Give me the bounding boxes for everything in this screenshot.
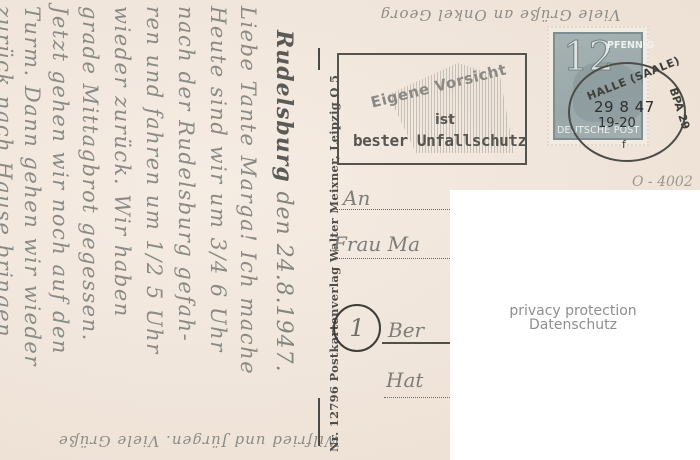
address-line-2: Frau Ma	[333, 232, 420, 256]
address-rule	[382, 342, 450, 344]
message-line: nach der Rudelsburg gefah-	[174, 6, 198, 342]
postcode-note: O - 4002	[632, 174, 693, 190]
postal-zone-circle: 1	[333, 304, 381, 352]
message-line: Turm. Dann gehen wir wieder	[20, 6, 44, 367]
sender-place: Rudelsburg	[271, 30, 297, 183]
postal-zone: 1	[349, 314, 364, 342]
message-line: ren und fahren um 1/2 5 Uhr	[142, 6, 166, 355]
message-top-margin: Viele Grüße an Onkel Georg	[300, 4, 700, 24]
stamp-currency: PFENNIG	[607, 40, 654, 51]
privacy-label-en: privacy protection	[450, 304, 696, 318]
message-column: nach der Rudelsburg gefah-	[176, 0, 206, 460]
message-column: ren und fahren um 1/2 5 Uhr	[144, 0, 174, 460]
postmark-time: 19-20	[598, 116, 636, 131]
message-line: Heute sind wir um 3/4 6 Uhr	[206, 6, 230, 353]
message-line: grade Mittagbrot gegessen.	[78, 6, 102, 342]
postmark-date: 29 8 47	[594, 98, 655, 116]
message-column: Liebe Tante Marga! Ich mache	[238, 0, 268, 460]
privacy-mask: privacy protection Datenschutz	[450, 190, 700, 460]
address-rule	[336, 257, 450, 259]
sender-date: den 24.8.1947.	[271, 191, 296, 372]
message-line: Liebe Tante Marga! Ich mache	[236, 6, 260, 375]
privacy-label: privacy protection Datenschutz	[450, 304, 696, 332]
address-line-4: Hat	[386, 368, 423, 392]
slogan-cancellation: Eigene Vorsicht ist bester Unfallschutz	[337, 53, 527, 165]
postcard-back: zurück nach Hause bringen. Turm. Dann ge…	[0, 0, 700, 460]
imprint-rule	[318, 398, 320, 446]
sender-line: Rudelsburg den 24.8.1947.	[271, 30, 297, 373]
message-column: Heute sind wir um 3/4 6 Uhr	[208, 0, 238, 460]
slogan-line: ist	[435, 112, 455, 128]
postmark: HALLE (SAALE) BPA 29 29 8 47 19-20 f	[568, 62, 686, 162]
address-line-3: Ber	[388, 318, 424, 342]
address-rule	[336, 208, 450, 210]
address-line-1: An	[343, 186, 370, 210]
postmark-letter: f	[622, 138, 626, 151]
message-line: wieder zurück. Wir haben	[110, 6, 134, 318]
privacy-label-de: Datenschutz	[450, 318, 696, 332]
message-bottom-margin: Wilfried und Jürgen. Viele Grüße	[40, 428, 340, 450]
slogan-line: bester Unfallschutz	[353, 131, 527, 150]
message-line: zurück nach Hause bringen.	[0, 6, 16, 346]
message-column: Jetzt gehen wir noch auf den	[50, 0, 80, 460]
message-column: wieder zurück. Wir haben	[112, 0, 142, 460]
postmark-office: BPA 29	[667, 86, 693, 131]
message-line: Jetzt gehen wir noch auf den	[48, 6, 72, 355]
address-rule	[384, 396, 450, 398]
message-column: grade Mittagbrot gegessen.	[80, 0, 110, 460]
